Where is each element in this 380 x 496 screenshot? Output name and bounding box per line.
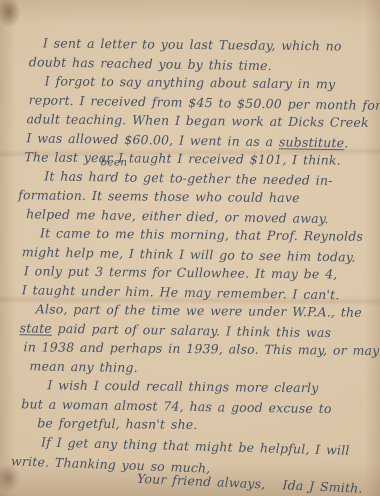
letter-line: I wish I could recall things more clearl… bbox=[47, 375, 373, 397]
underlined-word: state bbox=[20, 320, 53, 336]
underlined-word: substitute bbox=[279, 134, 345, 150]
line-text: I was allowed $60.00, I went in as a bbox=[26, 130, 279, 149]
line-text: . bbox=[344, 135, 348, 150]
inserted-word: been bbox=[100, 157, 127, 167]
letter-paper: I sent a letter to you last Tuesday, whi… bbox=[0, 0, 380, 496]
letter-body: I sent a letter to you last Tuesday, whi… bbox=[0, 0, 380, 496]
letter-line: be forgetful, hasn't she. bbox=[37, 413, 373, 436]
